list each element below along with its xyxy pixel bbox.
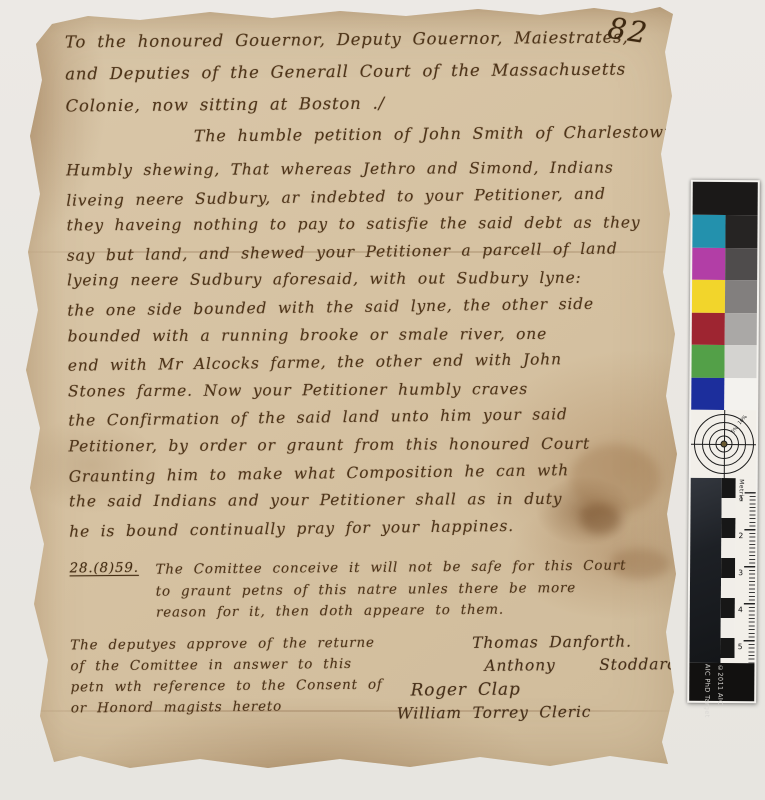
checkerboard-column	[720, 478, 735, 663]
page-text: 82 To the honoured Gouernor, Deputy Goue…	[7, 1, 690, 775]
photo-background: 82 To the honoured Gouernor, Deputy Goue…	[0, 0, 765, 800]
black-patch	[693, 182, 758, 215]
metric-ruler: Metric 12345	[734, 478, 755, 663]
signature: Roger Clap	[411, 677, 659, 703]
deputies-note-line: The deputyes approve of the returne	[70, 632, 396, 656]
bullseye-target: 10% 5%	[691, 410, 756, 478]
color-patch	[692, 312, 725, 345]
committee-date: 28.(8)59.	[69, 560, 142, 625]
body-line: he is bound continually pray for your ha…	[69, 511, 657, 546]
gray-patch	[725, 215, 758, 248]
color-patch	[691, 377, 724, 410]
gray-patch	[724, 280, 757, 313]
heading-line: Colonie, now sitting at Boston ./	[65, 85, 653, 122]
ruler-number: 2	[735, 531, 743, 568]
color-patch-row	[691, 345, 756, 378]
ruler-number: 4	[735, 605, 743, 642]
color-patch	[692, 215, 725, 248]
target-footer: AIC PhD Target ©2011 AIC	[689, 663, 754, 701]
ruler-numbers: 12345	[734, 494, 743, 679]
deputies-note: The deputyes approve of the returneof th…	[70, 632, 397, 729]
dark-bar	[689, 478, 721, 663]
color-patch	[692, 280, 725, 313]
petition-body: Humbly shewing, That whereas Jethro and …	[66, 153, 657, 544]
gray-patch	[724, 345, 757, 378]
gray-patch	[725, 248, 758, 281]
color-patch-row	[692, 247, 757, 280]
deputies-note-line: of the Comittee in answer to this	[70, 653, 396, 677]
deputies-note-line: petn wth reference to the Consent of	[71, 674, 397, 698]
bullseye-center-dot	[720, 440, 727, 447]
gray-patch	[724, 313, 757, 346]
gray-patch	[724, 378, 757, 411]
signature: William Torrey Cleric	[397, 701, 659, 727]
color-patch	[691, 345, 724, 378]
color-patch-row	[692, 280, 757, 313]
committee-note: 28.(8)59. The Comittee conceive it will …	[69, 556, 658, 626]
color-calibration-target: 10% 5% Metric 12345 AIC PhD Target ©2011…	[687, 180, 760, 703]
ruler-number: 3	[735, 568, 743, 605]
color-patch-row	[692, 312, 757, 345]
color-patch-row	[692, 215, 757, 248]
ruler-number: 1	[735, 494, 743, 531]
petition-title: The humble petition of John Smith of Cha…	[194, 117, 654, 151]
deputies-note-line: or Honord magists hereto	[71, 695, 397, 719]
color-patch-row	[691, 377, 756, 410]
committee-note-line: to graunt petns of this natre unles ther…	[156, 577, 627, 603]
color-patch-grid	[691, 215, 757, 410]
committee-note-line: reason for it, then doth appeare to them…	[156, 599, 627, 625]
signature: Anthony Stoddard	[484, 654, 658, 679]
page-number: 82	[606, 11, 651, 51]
closing-block: The deputyes approve of the returneof th…	[70, 630, 659, 729]
manuscript-page: 82 To the honoured Gouernor, Deputy Goue…	[10, 4, 686, 772]
color-patch	[692, 247, 725, 280]
target-title: AIC PhD Target	[703, 664, 711, 699]
heading-line: and Deputies of the Generall Court of th…	[65, 53, 653, 90]
target-copyright: ©2011 AIC	[716, 664, 724, 699]
committee-note-lines: The Comittee conceive it will not be saf…	[155, 556, 626, 625]
heading-line: To the honoured Gouernor, Deputy Gouerno…	[65, 21, 653, 58]
ruler-section: Metric 12345	[689, 478, 755, 663]
address-heading: To the honoured Gouernor, Deputy Gouerno…	[65, 21, 654, 122]
signature: Thomas Danforth.	[472, 630, 658, 655]
signatures: Thomas Danforth.Anthony StoddardRoger Cl…	[396, 630, 659, 726]
